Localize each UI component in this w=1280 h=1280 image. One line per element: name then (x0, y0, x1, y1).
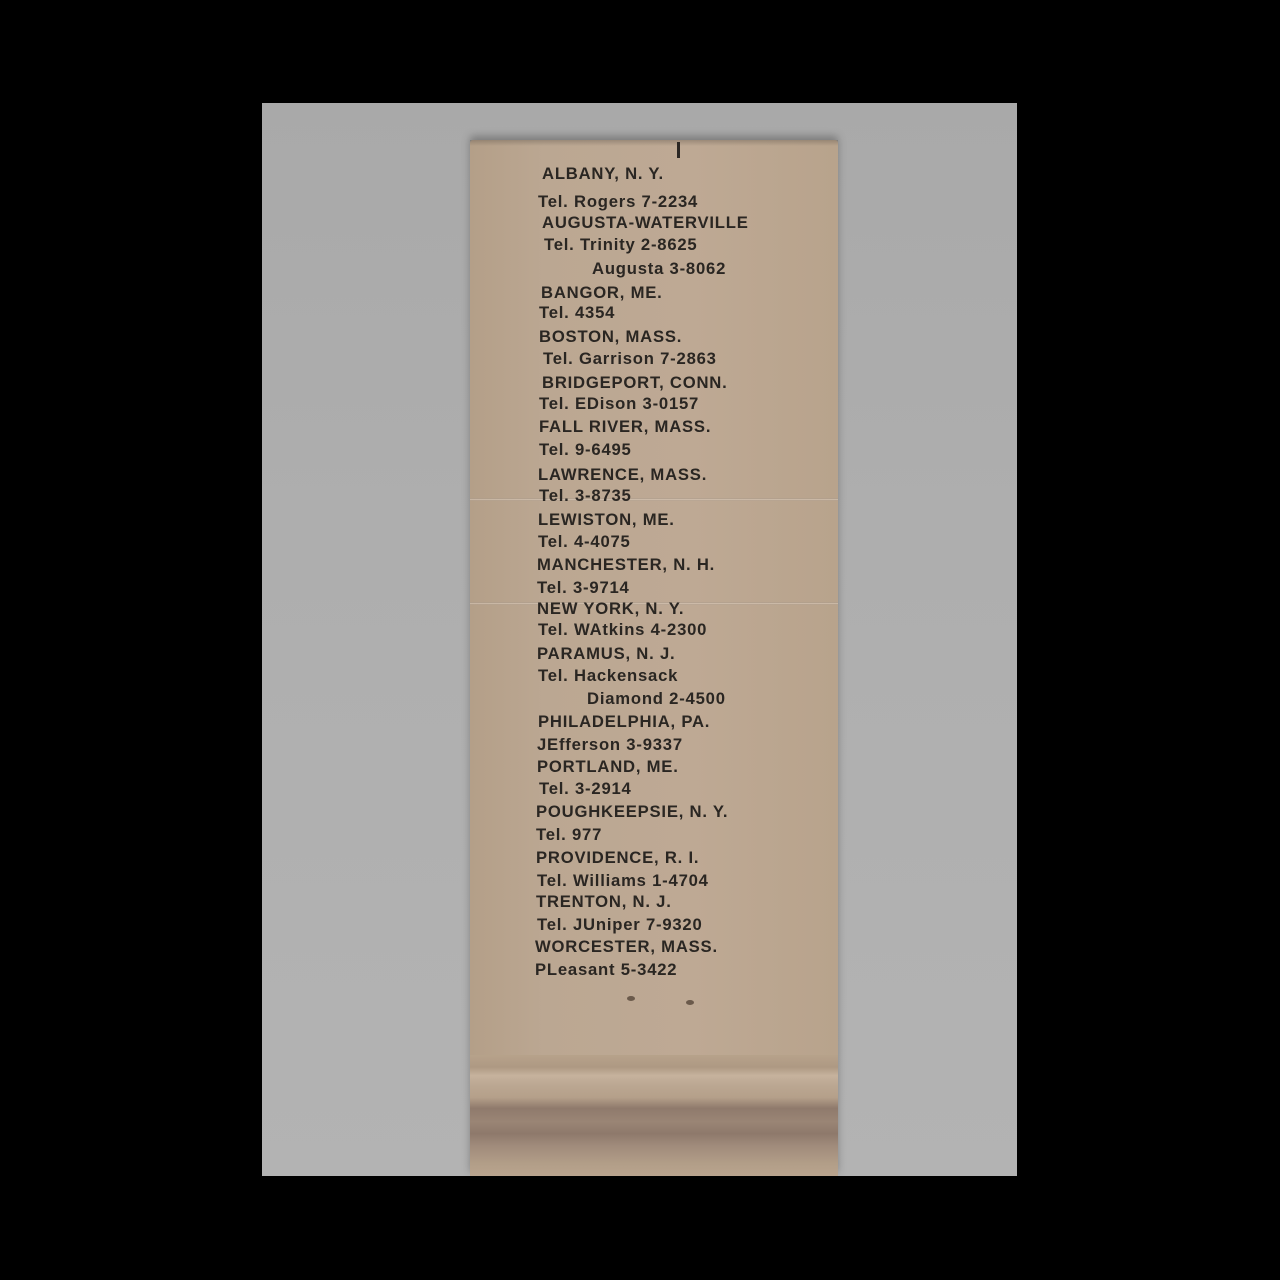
striker-strip (470, 1055, 838, 1176)
phone-number: Tel. 3-9714 (537, 578, 630, 598)
city-heading: BRIDGEPORT, CONN. (542, 373, 727, 393)
phone-number: Tel. Rogers 7-2234 (538, 192, 698, 212)
staple-mark (686, 1000, 694, 1005)
phone-number: Tel. 9-6495 (539, 440, 632, 460)
cover-notch (677, 142, 680, 158)
phone-number: Tel. JUniper 7-9320 (537, 915, 703, 935)
phone-number: Tel. EDison 3-0157 (539, 394, 699, 414)
phone-number: Tel. WAtkins 4-2300 (538, 620, 707, 640)
phone-number: Tel. 4354 (539, 303, 615, 323)
city-heading: FALL RIVER, MASS. (539, 417, 711, 437)
phone-number: Tel. 977 (536, 825, 602, 845)
city-heading: MANCHESTER, N. H. (537, 555, 715, 575)
phone-number: Tel. 3-8735 (539, 486, 632, 506)
city-heading: POUGHKEEPSIE, N. Y. (536, 802, 728, 822)
city-heading: NEW YORK, N. Y. (537, 599, 684, 619)
phone-number: PLeasant 5-3422 (535, 960, 677, 980)
city-heading: LAWRENCE, MASS. (538, 465, 707, 485)
phone-number: Tel. 3-2914 (539, 779, 632, 799)
city-heading: PARAMUS, N. J. (537, 644, 675, 664)
city-heading: BANGOR, ME. (541, 283, 663, 303)
city-heading: PORTLAND, ME. (537, 757, 679, 777)
city-heading: AUGUSTA-WATERVILLE (542, 213, 749, 233)
fold-line (470, 498, 838, 501)
city-heading: ALBANY, N. Y. (542, 164, 664, 184)
phone-number: Tel. Williams 1-4704 (537, 871, 709, 891)
phone-number: Tel. Trinity 2-8625 (544, 235, 697, 255)
phone-number: JEfferson 3-9337 (537, 735, 683, 755)
city-heading: WORCESTER, MASS. (535, 937, 718, 957)
matchbook-cover: ALBANY, N. Y.Tel. Rogers 7-2234AUGUSTA-W… (470, 140, 838, 1176)
city-heading: PROVIDENCE, R. I. (536, 848, 699, 868)
phone-number: Tel. 4-4075 (538, 532, 631, 552)
phone-number: Tel. Hackensack (538, 666, 678, 686)
city-heading: PHILADELPHIA, PA. (538, 712, 710, 732)
staple-mark (627, 996, 635, 1001)
city-heading: TRENTON, N. J. (536, 892, 672, 912)
phone-number: Augusta 3-8062 (592, 259, 726, 279)
city-heading: BOSTON, MASS. (539, 327, 682, 347)
phone-number: Tel. Garrison 7-2863 (543, 349, 717, 369)
phone-number: Diamond 2-4500 (587, 689, 726, 709)
city-heading: LEWISTON, ME. (538, 510, 675, 530)
